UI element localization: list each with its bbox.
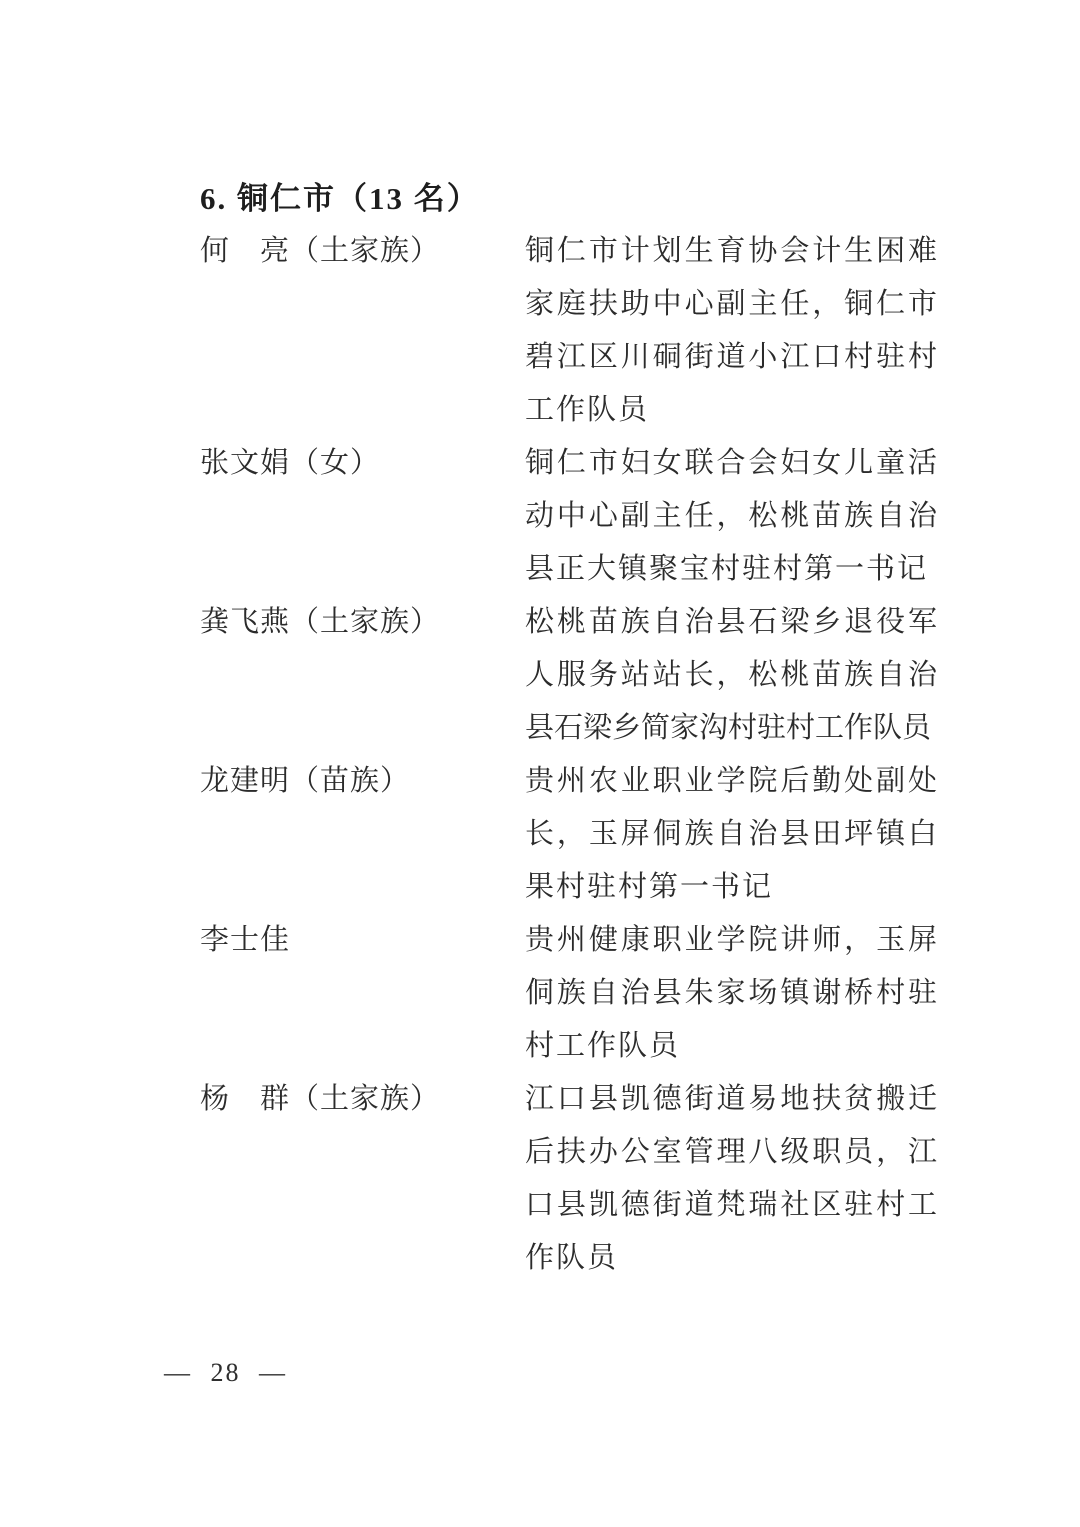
person-name: 张文娟（女） [200,437,525,490]
position-line: 果村驻村第一书记 [525,861,937,914]
person-name: 龙建明（苗族） [200,755,525,808]
list-item: 杨 群（土家族） 江口县凯德街道易地扶贫搬迁 后扶办公室管理八级职员，江 口县凯… [200,1073,960,1285]
position-line: 村工作队员 [525,1020,937,1073]
person-position: 贵州农业职业学院后勤处副处 长，玉屏侗族自治县田坪镇白 果村驻村第一书记 [525,755,937,914]
person-name: 杨 群（土家族） [200,1073,525,1126]
position-line: 县石梁乡简家沟村驻村工作队员 [525,702,937,755]
position-line: 县正大镇聚宝村驻村第一书记 [525,543,937,596]
list-item: 李士佳 贵州健康职业学院讲师，玉屏 侗族自治县朱家场镇谢桥村驻 村工作队员 [200,914,960,1073]
section-heading: 6. 铜仁市（13 名） [200,172,960,225]
person-name: 龚飞燕（土家族） [200,596,525,649]
position-line: 铜仁市计划生育协会计生困难 [525,225,937,278]
page-number: — 28 — [164,1352,287,1394]
person-position: 江口县凯德街道易地扶贫搬迁 后扶办公室管理八级职员，江 口县凯德街道梵瑞社区驻村… [525,1073,937,1285]
list-item: 龙建明（苗族） 贵州农业职业学院后勤处副处 长，玉屏侗族自治县田坪镇白 果村驻村… [200,755,960,914]
person-name: 何 亮（土家族） [200,225,525,278]
position-line: 侗族自治县朱家场镇谢桥村驻 [525,967,937,1020]
position-line: 动中心副主任，松桃苗族自治 [525,490,937,543]
position-line: 江口县凯德街道易地扶贫搬迁 [525,1073,937,1126]
person-position: 松桃苗族自治县石梁乡退役军 人服务站站长，松桃苗族自治 县石梁乡简家沟村驻村工作… [525,596,937,755]
position-line: 工作队员 [525,384,937,437]
person-position: 铜仁市计划生育协会计生困难 家庭扶助中心副主任，铜仁市 碧江区川硐街道小江口村驻… [525,225,937,437]
position-line: 作队员 [525,1232,937,1285]
list-item: 何 亮（土家族） 铜仁市计划生育协会计生困难 家庭扶助中心副主任，铜仁市 碧江区… [200,225,960,437]
position-line: 家庭扶助中心副主任，铜仁市 [525,278,937,331]
position-line: 贵州农业职业学院后勤处副处 [525,755,937,808]
list-item: 张文娟（女） 铜仁市妇女联合会妇女儿童活 动中心副主任，松桃苗族自治 县正大镇聚… [200,437,960,596]
document-page: 6. 铜仁市（13 名） 何 亮（土家族） 铜仁市计划生育协会计生困难 家庭扶助… [0,0,1080,1527]
position-line: 松桃苗族自治县石梁乡退役军 [525,596,937,649]
person-position: 铜仁市妇女联合会妇女儿童活 动中心副主任，松桃苗族自治 县正大镇聚宝村驻村第一书… [525,437,937,596]
position-line: 碧江区川硐街道小江口村驻村 [525,331,937,384]
person-name: 李士佳 [200,914,525,967]
position-line: 口县凯德街道梵瑞社区驻村工 [525,1179,937,1232]
position-line: 后扶办公室管理八级职员，江 [525,1126,937,1179]
position-line: 铜仁市妇女联合会妇女儿童活 [525,437,937,490]
person-position: 贵州健康职业学院讲师，玉屏 侗族自治县朱家场镇谢桥村驻 村工作队员 [525,914,937,1073]
position-line: 贵州健康职业学院讲师，玉屏 [525,914,937,967]
position-line: 人服务站站长，松桃苗族自治 [525,649,937,702]
page-content: 6. 铜仁市（13 名） 何 亮（土家族） 铜仁市计划生育协会计生困难 家庭扶助… [200,172,960,1285]
position-line: 长，玉屏侗族自治县田坪镇白 [525,808,937,861]
list-item: 龚飞燕（土家族） 松桃苗族自治县石梁乡退役军 人服务站站长，松桃苗族自治 县石梁… [200,596,960,755]
